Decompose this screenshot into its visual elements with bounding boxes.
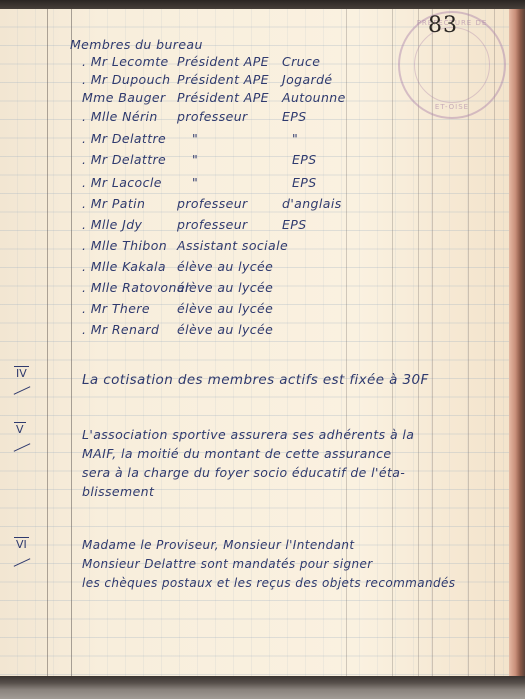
page-number: 83 [428,13,458,38]
article-line: La cotisation des membres actifs est fix… [82,371,429,390]
member-row: . Mlle Nérin professeur EPS [82,109,402,127]
article-line: blissement [82,482,414,501]
member-role: professeur [177,196,248,211]
margin-rule-left [47,9,48,681]
member-row: . Mr Delattre " " [82,131,402,149]
member-role: Assistant sociale [177,238,288,253]
member-detail: Cruce [282,54,320,69]
member-name: . Mlle Jdy [82,217,142,232]
member-detail: EPS [292,152,317,167]
member-name: . Mlle Nérin [82,109,158,124]
member-name: . Mlle Kakala [82,259,166,274]
member-name: . Mr Lecomte [82,54,169,69]
margin-rule-right [71,9,72,681]
member-row: Mme Bauger Président APE Autounne [82,90,402,108]
member-role: Président APE [177,54,269,69]
member-name: Mme Bauger [82,90,166,105]
member-name: . Mr Dupouch [82,72,171,87]
member-role: élève au lycée [177,259,273,274]
member-row: . Mr There élève au lycée [82,301,402,319]
member-role: élève au lycée [177,301,273,316]
member-row: . Mlle Ratovonar élève au lycée [82,280,402,298]
member-role: Président APE [177,72,269,87]
member-row: . Mr Delattre " EPS [82,152,402,170]
article-line: Monsieur Delattre sont mandatés pour sig… [82,555,455,574]
member-row: . Mlle Kakala élève au lycée [82,259,402,277]
stamp-text-bottom: ET-OISE [400,103,504,111]
member-name: . Mr Delattre [82,131,166,146]
article-numeral: VI [14,537,29,551]
ledger-page: PRÉFECTURE DE ET-OISE 83 Membres du bure… [0,9,512,681]
article-line: L'association sportive assurera ses adhé… [82,425,414,444]
article-numeral: IV [14,366,29,380]
article-line: sera à la charge du foyer socio éducatif… [82,463,414,482]
member-row: . Mlle Jdy professeur EPS [82,217,402,235]
member-row: . Mr Lecomte Président APE Cruce [82,54,402,72]
member-role: " [192,175,198,190]
member-role: " [192,131,198,146]
article-numeral: V [14,422,26,436]
member-detail: EPS [292,175,317,190]
member-role: élève au lycée [177,322,273,337]
member-name: . Mlle Thibon [82,238,167,253]
member-name: . Mr Lacocle [82,175,162,190]
member-row: . Mr Lacocle " EPS [82,175,402,193]
member-name: . Mr Patin [82,196,145,211]
member-row: . Mlle Thibon Assistant sociale [82,238,402,256]
member-role: Président APE [177,90,269,105]
article-line: MAIF, la moitié du montant de cette assu… [82,444,414,463]
article-line: les chèques postaux et les reçus des obj… [82,574,455,593]
member-detail: EPS [282,217,307,232]
member-row: . Mr Dupouch Président APE Jogardé [82,72,402,90]
member-role: élève au lycée [177,280,273,295]
member-detail: d'anglais [282,196,342,211]
member-detail: Autounne [282,90,346,105]
member-role: professeur [177,217,248,232]
member-name: . Mlle Ratovonar [82,280,190,295]
scan-bottom-edge [0,676,525,699]
member-detail: EPS [282,109,307,124]
article-line: Madame le Proviseur, Monsieur l'Intendan… [82,536,455,555]
member-detail: Jogardé [282,72,333,87]
member-detail: " [292,131,298,146]
member-row: . Mr Patin professeur d'anglais [82,196,402,214]
members-heading: Membres du bureau [70,37,203,52]
article-text: Madame le Proviseur, Monsieur l'Intendan… [82,536,455,593]
article-text: L'association sportive assurera ses adhé… [82,425,414,501]
member-row: . Mr Renard élève au lycée [82,322,402,340]
member-name: . Mr Delattre [82,152,166,167]
member-role: " [192,152,198,167]
member-name: . Mr There [82,301,150,316]
member-name: . Mr Renard [82,322,159,337]
article-text: La cotisation des membres actifs est fix… [82,371,429,390]
member-role: professeur [177,109,248,124]
page-edge-right [509,9,525,681]
